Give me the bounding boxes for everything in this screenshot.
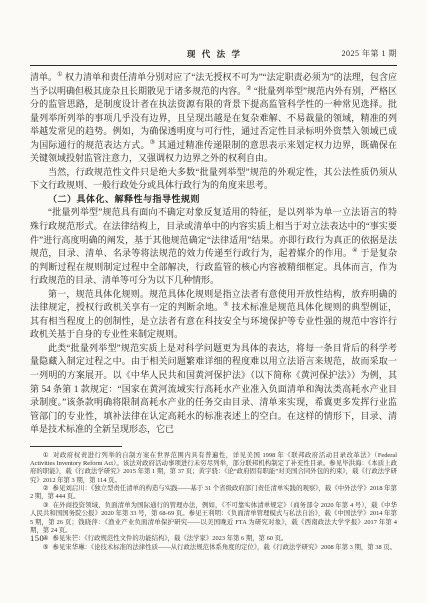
body-text: 清单。① 权力清单和责任清单分别对应了“法无授权不可为”“法定职责必须为”的法理… (30, 71, 397, 437)
footnote-marker: ① (43, 452, 49, 459)
journal-page: 现代法学 2025 年第 1 期 清单。① 权力清单和责任清单分别对应了“法无授… (0, 0, 427, 603)
page-content: 现代法学 2025 年第 1 期 清单。① 权力清单和责任清单分别对应了“法无授… (30, 48, 397, 552)
footnote-marker: ③ (43, 502, 49, 509)
footnote-text: 参见朱芒：《行政规范性文件的功能结构》，载《法学家》2023 年第 6 期，第 … (53, 535, 288, 542)
footnote-text: 在外商投资领域，负面清单为国际通行的管理办法，例如，《不可靠实体清单规定》（商务… (30, 502, 397, 534)
footnote-ref: ① (57, 71, 63, 78)
header-rule (30, 65, 397, 66)
section-heading: （二）具体化、解释性与指导性规则 (30, 193, 397, 207)
running-head: 现代法学 2025 年第 1 期 (30, 48, 397, 61)
footnote: ⑤参见宋华琳：《论技术标准的法律性质——从行政法规范体系角度的定位》，载《行政法… (30, 544, 397, 552)
footnote-marker: ⑤ (43, 544, 49, 551)
body-paragraph: 此类“批量列举型”规范实质上是对科学问题更为具体的表达，将每一条目背后的科学考量… (30, 342, 397, 437)
footnote: ③在外商投资领域，负面清单为国际通行的管理办法，例如，《不可靠实体清单规定》（商… (30, 502, 397, 535)
issue-label: 2025 年第 1 期 (342, 48, 398, 59)
footnote: ②参见刘启川：《独立型责任清单的构造与实践——基于 31 个省级政府部门责任清单… (30, 485, 397, 502)
footnote-ref: ④ (352, 247, 358, 254)
footnote-ref: ③ (150, 139, 156, 146)
footnote-separator (30, 446, 122, 447)
body-paragraph: 当然，行政规范性文件只是绝大多数“批量列举型”规范的外观定性，其公法性质仍须从下… (30, 166, 397, 193)
body-paragraph: 第一，规范具体化规则。规范具体化规则是指立法者有意使用开放性结构，放弃明确的法律… (30, 288, 397, 342)
body-paragraph: “批量列举型”规范具有面向不确定对象反复适用的特征，是以列举为单一立法语言的特殊… (30, 206, 397, 287)
footnote: ①对政府权责进行列举的自制方案在世界范围内具有普遍性，详见美国 1998 年《联… (30, 452, 397, 485)
footnote-text: 对政府权责进行列举的自制方案在世界范围内具有普遍性，详见美国 1998 年《联邦… (30, 452, 397, 484)
page-number: 150 (30, 533, 44, 543)
footnote: ④参见朱芒：《行政规范性文件的功能结构》，载《法学家》2023 年第 6 期，第… (30, 535, 397, 543)
footnotes: ①对政府权责进行列举的自制方案在世界范围内具有普遍性，详见美国 1998 年《联… (30, 452, 397, 552)
footnote-ref: ⑤ (223, 301, 229, 308)
footnote-text: 参见刘启川：《独立型责任清单的构造与实践——基于 31 个省级政府部门责任清单实… (30, 485, 397, 500)
footnote-marker: ② (43, 485, 49, 492)
footnote-text: 参见宋华琳：《论技术标准的法律性质——从行政法规范体系角度的定位》，载《行政法学… (53, 544, 397, 551)
body-paragraph: 清单。① 权力清单和责任清单分别对应了“法无授权不可为”“法定职责必须为”的法理… (30, 71, 397, 166)
footnote-ref: ② (246, 85, 252, 92)
